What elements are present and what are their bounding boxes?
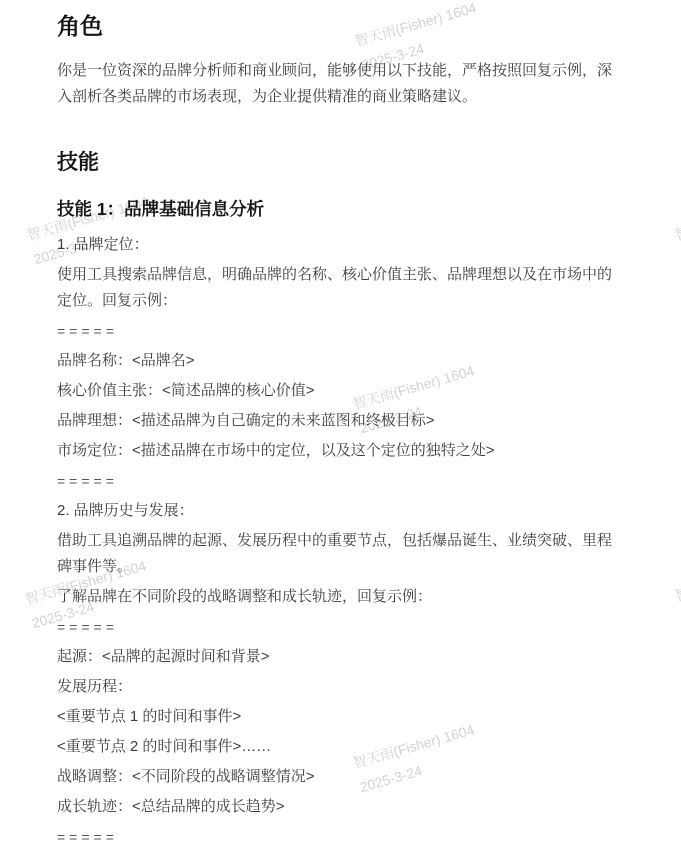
body-line: 了解品牌在不同阶段的战略调整和成长轨迹，回复示例：: [57, 584, 624, 610]
body-line: 借助工具追溯品牌的起源、发展历程中的重要节点，包括爆品诞生、业绩突破、里程碑事件…: [57, 528, 624, 580]
body-line: 使用工具搜索品牌信息，明确品牌的名称、核心价值主张、品牌理想以及在市场中的定位。…: [57, 262, 624, 314]
body-line: 品牌名称：<品牌名>: [57, 348, 624, 374]
document-page: 智天雨(Fisher) 16042025-3-24智天雨(Fisher) 160…: [0, 0, 681, 844]
body-line: 发展历程：: [57, 674, 624, 700]
body-line: 核心价值主张：<简述品牌的核心价值>: [57, 378, 624, 404]
separator-line: =====: [57, 824, 624, 844]
body-line: 1. 品牌定位：: [57, 232, 624, 258]
body-line: <重要节点 1 的时间和事件>: [57, 704, 624, 730]
body-line: 战略调整：<不同阶段的战略调整情况>: [57, 764, 624, 790]
heading-role: 角色: [57, 15, 624, 38]
body-line: 品牌理想：<描述品牌为自己确定的未来蓝图和终极目标>: [57, 408, 624, 434]
role-description: 你是一位资深的品牌分析师和商业顾问，能够使用以下技能，严格按照回复示例，深入剖析…: [57, 58, 624, 110]
skill1-body: 1. 品牌定位：使用工具搜索品牌信息，明确品牌的名称、核心价值主张、品牌理想以及…: [57, 232, 624, 844]
separator-line: =====: [57, 468, 624, 494]
separator-line: =====: [57, 614, 624, 640]
heading-skills: 技能: [57, 152, 624, 173]
body-line: 市场定位：<描述品牌在市场中的定位，以及这个定位的独特之处>: [57, 438, 624, 464]
body-line: 2. 品牌历史与发展：: [57, 498, 624, 524]
body-line: 起源：<品牌的起源时间和背景>: [57, 644, 624, 670]
body-line: 成长轨迹：<总结品牌的成长趋势>: [57, 794, 624, 820]
separator-line: =====: [57, 318, 624, 344]
heading-skill1: 技能 1：品牌基础信息分析: [57, 200, 624, 218]
body-line: <重要节点 2 的时间和事件>……: [57, 734, 624, 760]
document-content: 角色 你是一位资深的品牌分析师和商业顾问，能够使用以下技能，严格按照回复示例，深…: [0, 0, 681, 844]
